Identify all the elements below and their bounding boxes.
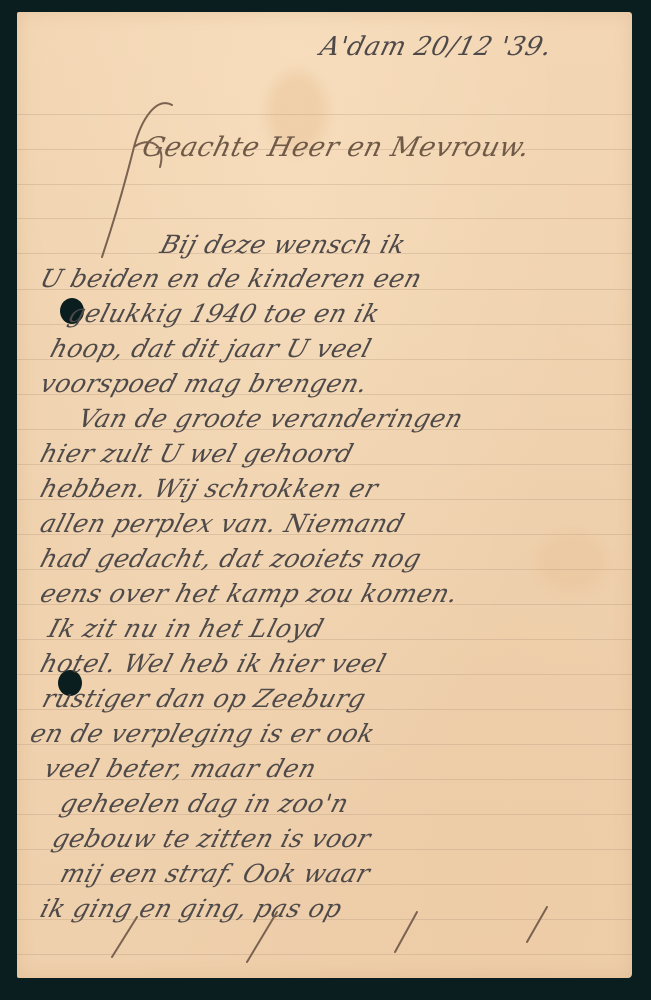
letter-line: rustiger dan op Zeeburg — [39, 684, 369, 713]
letter-line: gelukkig 1940 toe en ik — [65, 299, 383, 328]
letter-line: eens over het kamp zou komen. — [37, 579, 462, 608]
letter-line: had gedacht, dat zooiets nog — [37, 544, 425, 573]
salutation: Geachte Heer en Mevrouw. — [139, 132, 533, 163]
place-date: A'dam 20/12 '39. — [317, 32, 555, 62]
letter-paper: A'dam 20/12 '39. Geachte Heer en Mevrouw… — [17, 12, 632, 978]
paper-stain — [537, 532, 607, 592]
letter-line: hier zult U wel gehoord — [37, 439, 357, 468]
letter-line: U beiden en de kinderen een — [37, 264, 426, 293]
letter-line: allen perplex van. Niemand — [37, 509, 408, 538]
ruled-line — [17, 218, 632, 219]
letter-line: geheelen dag in zoo'n — [57, 789, 352, 818]
letter-line: hebben. Wij schrokken er — [37, 474, 382, 503]
letter-line: hotel. Wel heb ik hier veel — [37, 649, 390, 678]
ruled-line — [17, 184, 632, 185]
letter-line: ik ging en ging, pas op — [37, 894, 346, 923]
letter-line: hoop, dat dit jaar U veel — [47, 334, 375, 363]
letter-line: en de verpleging is er ook — [27, 719, 378, 748]
letter-line: Ik zit nu in het Lloyd — [45, 614, 327, 643]
letter-line: veel beter, maar den — [41, 754, 320, 783]
letter-line: voorspoed mag brengen. — [37, 369, 371, 398]
letter-line: mij een straf. Ook waar — [57, 859, 374, 888]
ruled-line — [17, 954, 632, 955]
letter-line: Van de groote veranderingen — [75, 404, 467, 433]
letter-line: Bij deze wensch ik — [157, 230, 409, 259]
letter-line: gebouw te zitten is voor — [49, 824, 374, 853]
